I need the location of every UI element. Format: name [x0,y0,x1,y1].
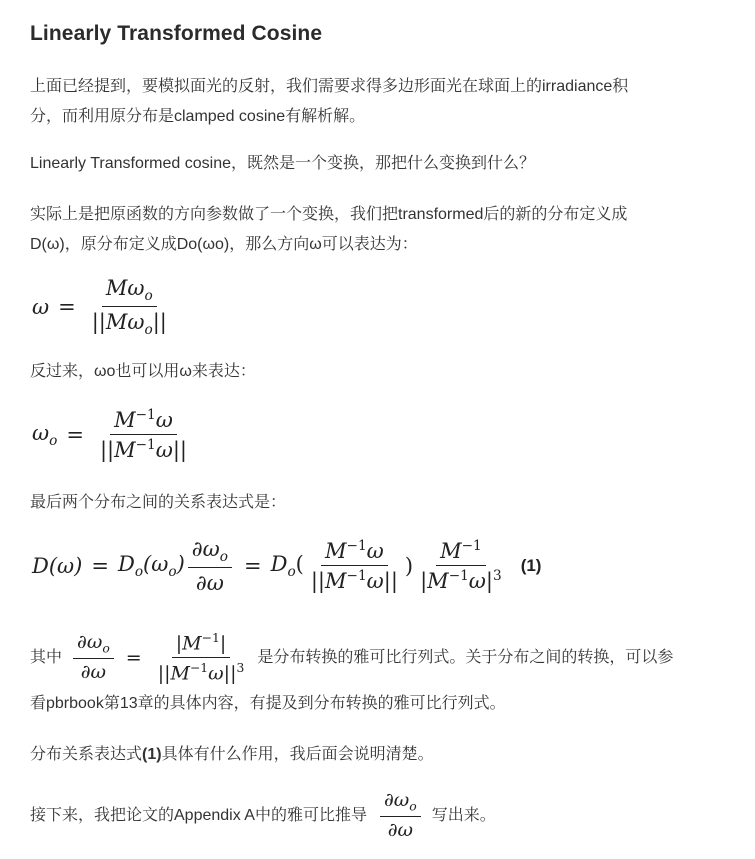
section-title: Linearly Transformed Cosine [30,22,322,46]
eq2-denominator: ||M−1ω|| [96,435,191,462]
eq3-equals: = [91,554,109,578]
paragraph-question: Linearly Transformed cosine，既然是一个变换，那把什么… [30,149,720,179]
paragraph-definition-line1: 实际上是把原函数的方向参数做了一个变换，我们把transformed后的新的分布… [30,206,627,223]
paragraph-next: 接下来，我把论文的Appendix A中的雅可比推导 ∂ωo ∂ω 写出来。 [30,790,720,841]
eq3-derivative: ∂ωo ∂ω [188,537,232,596]
paragraph-next-before: 接下来，我把论文的Appendix A中的雅可比推导 [30,801,367,831]
eq1-denominator: ||Mωo|| [88,307,171,338]
paragraph-jacobian: 其中 ∂ωo ∂ω = |M−1| ||M−1ω||3 是分布转换的雅可比行列式… [30,627,720,719]
paragraph-relation: 最后两个分布之间的关系表达式是： [30,488,720,518]
eq3-equals2: = [244,554,262,578]
eq2-equals: = [66,423,84,447]
paragraph-jacobian-prefix: 其中 [30,643,62,673]
eq2-fraction: M−1ω ||M−1ω|| [96,408,191,463]
equation-distribution-relation: D(ω) = Do(ωo) ∂ωo ∂ω = Do( M−1ω ||M−1ω||… [32,537,541,596]
eq1-equals: = [58,295,76,319]
paragraph-jacobian-line2: 看pbrbook第13章的具体内容，有提及到分布转换的雅可比行列式。 [30,689,720,719]
eq3-term2: Do( [271,552,304,580]
equation-reference: (1) [142,746,162,763]
eq3-fraction1: M−1ω ||M−1ω|| [307,539,402,594]
eq3-close-paren: ) [405,554,413,578]
paragraph-purpose-before: 分布关系表达式 [30,746,142,763]
eq1-numerator: Mωo [102,276,157,307]
paragraph-inverse: 反过来，ωo也可以用ω来表达： [30,357,720,387]
paragraph-purpose-after: 具体有什么作用，我后面会说明清楚。 [162,746,434,763]
paragraph-purpose: 分布关系表达式(1)具体有什么作用，我后面会说明清楚。 [30,740,720,770]
inline-derivative-equation: ∂ωo ∂ω [377,790,424,841]
paragraph-jacobian-suffix: 是分布转换的雅可比行列式。关于分布之间的转换，可以参 [257,643,673,673]
paragraph-intro: 上面已经提到，要模拟面光的反射，我们需要求得多边形面光在球面上的irradian… [30,72,720,132]
paragraph-intro-line2: 分，而利用原分布是clamped cosine有解析解。 [30,108,365,125]
paragraph-intro-line1: 上面已经提到，要模拟面光的反射，我们需要求得多边形面光在球面上的irradian… [30,78,628,95]
eq3-term1: Do(ωo) [118,552,185,580]
eq1-fraction: Mωo ||Mωo|| [88,276,171,339]
eq3-fraction2: M−1 |M−1ω|3 [416,539,506,594]
paragraph-definition: 实际上是把原函数的方向参数做了一个变换，我们把transformed后的新的分布… [30,200,720,260]
equation-omega: ω = Mωo ||Mωo|| [32,276,174,339]
paragraph-next-after: 写出来。 [432,801,496,831]
equation-label: (1) [521,556,542,576]
paragraph-definition-line2: D(ω)，原分布定义成Do(ωo)，那么方向ω可以表达为： [30,236,418,253]
eq2-lhs: ωo [32,421,57,449]
inline-jacobian-equation: ∂ωo ∂ω = |M−1| ||M−1ω||3 [70,631,251,686]
eq1-lhs: ω [32,295,49,319]
equation-omega-o: ωo = M−1ω ||M−1ω|| [32,408,194,463]
eq2-numerator: M−1ω [110,408,177,435]
eq3-lhs: D(ω) [32,554,82,578]
